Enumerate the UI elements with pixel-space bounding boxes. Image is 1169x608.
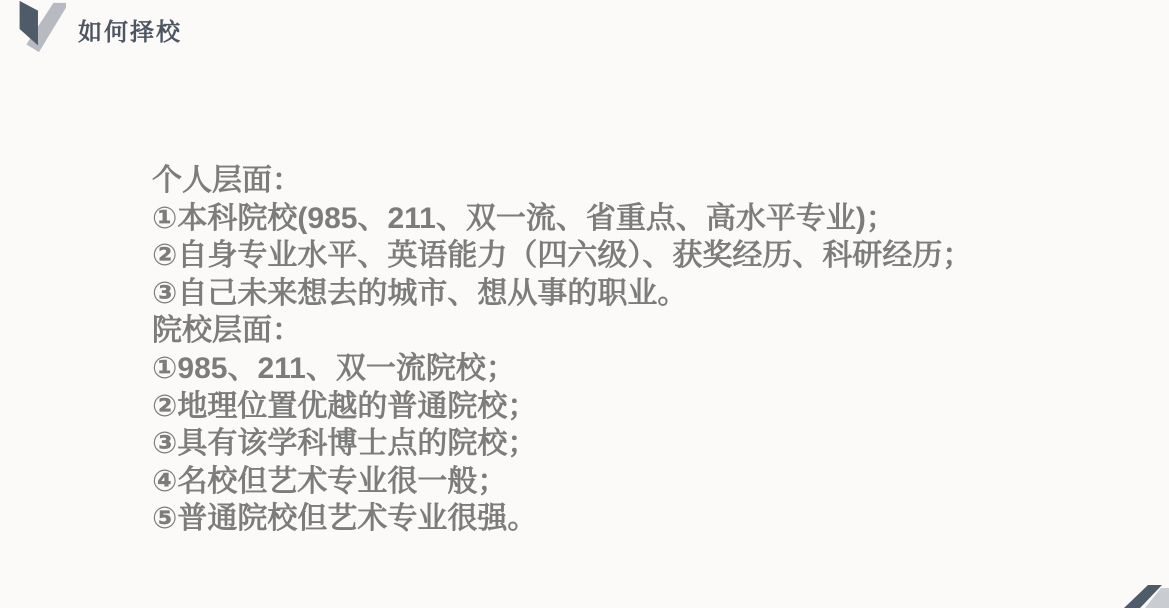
content-line-school-4: ④名校但艺术专业很一般； [152,463,1072,501]
content-line-personal-3: ③自己未来想去的城市、想从事的职业。 [152,275,1072,313]
brand-v-logo-icon [8,0,66,56]
content-block: 个人层面： ①本科院校(985、211、双一流、省重点、高水平专业)； ②自身专… [152,162,1072,538]
content-line-school-5: ⑤普通院校但艺术专业很强。 [152,500,1072,538]
content-line-school-1: ①985、211、双一流院校； [152,350,1072,388]
presentation-slide: 如何择校 个人层面： ①本科院校(985、211、双一流、省重点、高水平专业)；… [0,0,1169,608]
content-line-personal-1: ①本科院校(985、211、双一流、省重点、高水平专业)； [152,200,1072,238]
content-line-personal-2: ②自身专业水平、英语能力（四六级）、获奖经历、科研经历； [152,237,1072,275]
content-line-school-heading: 院校层面： [152,312,1072,350]
content-line-school-3: ③具有该学科博士点的院校； [152,425,1072,463]
content-line-personal-heading: 个人层面： [152,162,1072,200]
page-title: 如何择校 [78,12,182,47]
brand-corner-mark-icon [1123,584,1169,608]
content-line-school-2: ②地理位置优越的普通院校； [152,388,1072,426]
